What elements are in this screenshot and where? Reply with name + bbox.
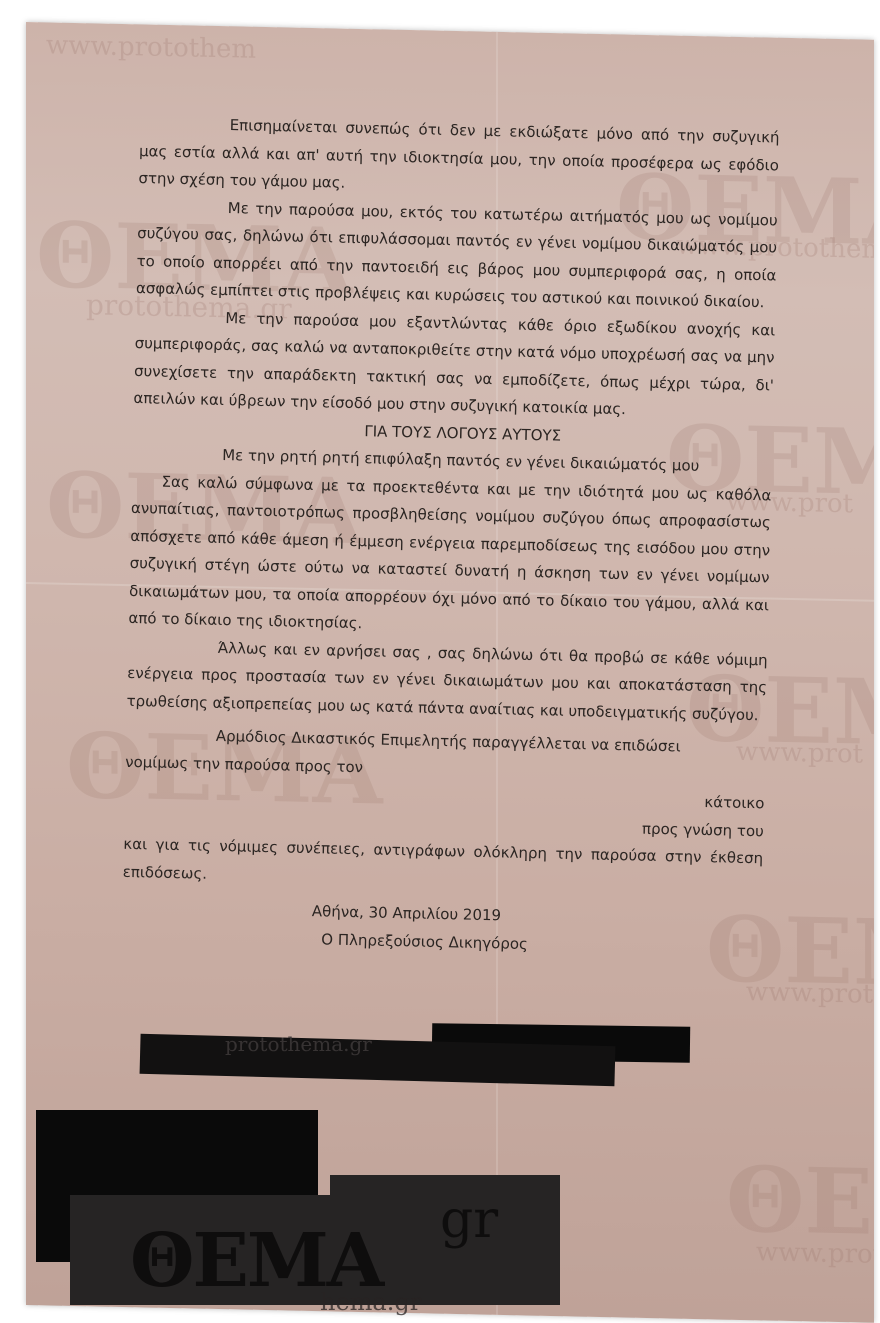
paragraph-otherwise: Άλλως και εν αρνήσει σας , σας δηλώνω ότ… bbox=[126, 632, 768, 729]
watermark-logo-suffix: gr bbox=[440, 1190, 498, 1250]
watermark-url-bottom: hema.gr bbox=[320, 1288, 421, 1316]
watermark-url-right-4: www.prot bbox=[746, 977, 873, 1010]
paragraph-reservation-of-rights: Με την παρούσα μου, εκτός του κατωτέρω α… bbox=[136, 192, 778, 316]
redaction-watermark-url: protothema.gr bbox=[225, 1032, 372, 1056]
document-body: Επισημαίνεται συνεπώς ότι δεν με εκδιώξα… bbox=[121, 110, 780, 963]
watermark-url-right-5: www.prot bbox=[756, 1237, 874, 1270]
paragraph-eviction: Επισημαίνεται συνεπώς ότι δεν με εκδιώξα… bbox=[138, 110, 780, 207]
watermark-url-top: www.protothem bbox=[46, 30, 256, 64]
paragraph-request: Σας καλώ σύμφωνα με τα προεκτεθέντα και … bbox=[128, 467, 772, 646]
paragraph-demand: Με την παρούσα μου εξαντλώντας κάθε όριο… bbox=[133, 302, 775, 426]
watermark-logo-right-5: ΘΕΜΑ bbox=[726, 1147, 874, 1260]
